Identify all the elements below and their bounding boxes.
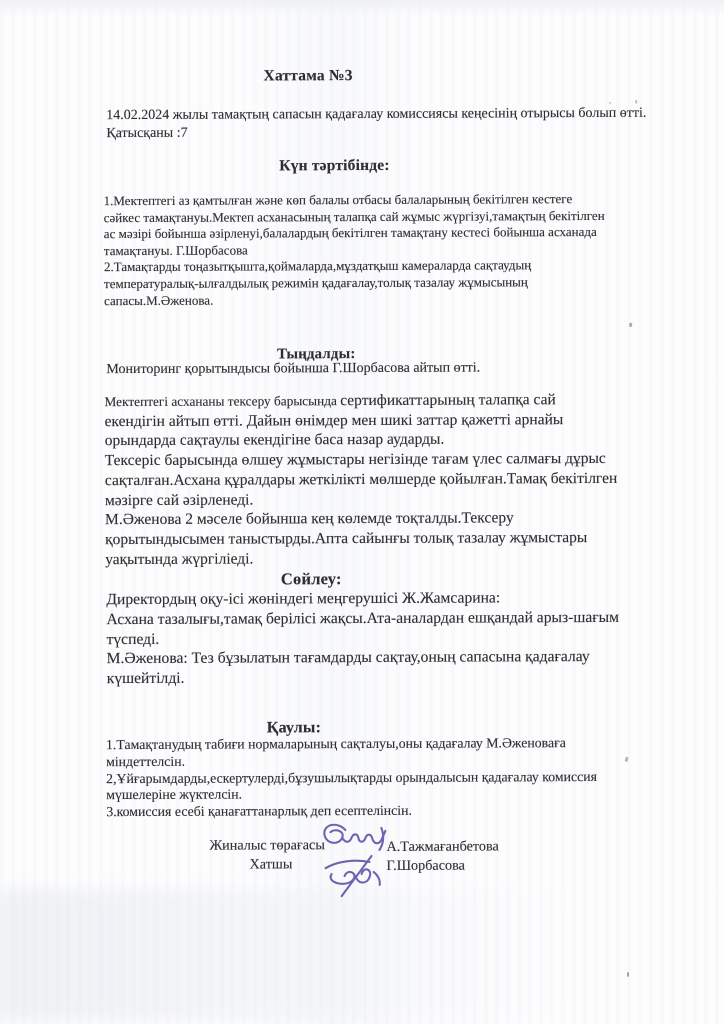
document-title: Хаттама №3 (263, 67, 352, 85)
agenda-line: ас мәзірі бойынша әзірленуі,балалардың б… (104, 224, 605, 243)
agenda-line: сапасы.М.Әженова. (104, 291, 605, 310)
intro-line: 14.02.2024 жылы тамақтың сапасын қадағал… (106, 105, 646, 125)
speech-block: Директордың оқу-ісі жөніндегі меңгерушіс… (106, 588, 619, 689)
heard-line: орындарда сақтаулы екендігіне баса назар… (105, 429, 617, 451)
resolution-line: 1.Тамақтанудың табиғи нормаларының сақта… (106, 735, 597, 754)
attendees-line: Қатысқаны :7 (106, 122, 646, 142)
heard-line-rest-run: сертификаттарының талапқа сай (340, 391, 556, 409)
chairperson-role-label: Жиналыс төрағасы (209, 837, 324, 855)
heard-line: сақталған.Асхана құралдары жеткілікті мө… (105, 469, 617, 491)
heard-line: уақытында жүргіліеді. (105, 548, 617, 570)
scanned-protocol-page: Хаттама №3 14.02.2024 жылы тамақтың сапа… (0, 0, 724, 1024)
agenda-block: 1.Мектептегі аз қамтылған және көп балал… (104, 191, 605, 309)
speech-line: Асхана тазалығы,тамақ берілісі жақсы.Ата… (106, 608, 619, 630)
speech-heading: Сөйлеу: (281, 569, 342, 589)
speech-line: күшейтілді. (107, 667, 620, 689)
scan-speck (629, 323, 632, 327)
heard-line: М.Әженова 2 мәселе бойынша кең көлемде т… (105, 508, 617, 530)
heard-line: қорытындысымен таныстырды.Апта сайынғы т… (105, 528, 617, 550)
resolution-line: мүшелеріне жүктелсін. (106, 785, 597, 804)
heard-line: екендігін айтып өтті. Дайын өнімдер мен … (105, 410, 617, 432)
resolution-block: 1.Тамақтанудың табиғи нормаларының сақта… (106, 735, 597, 821)
scan-speck (609, 102, 611, 104)
heard-intro-line: Мониторинг қорытындысы бойынша Г.Шорбасо… (106, 360, 480, 378)
heard-line-mixed: Мектептегі асхананы тексеру барысында се… (104, 390, 616, 412)
speech-line: Директордың оқу-ісі жөніндегі меңгерушіс… (106, 588, 619, 610)
resolution-heading: Қаулы: (267, 719, 321, 737)
handwritten-signatures-ink (315, 822, 405, 900)
heard-line: мәзірге сай әзірленеді. (105, 488, 617, 510)
intro-block: 14.02.2024 жылы тамақтың сапасын қадағал… (106, 105, 646, 143)
agenda-heading: Күн тәртібінде: (279, 157, 390, 175)
scan-speck (635, 100, 637, 104)
heard-paragraph: Мектептегі асхананы тексеру барысында се… (104, 390, 617, 570)
agenda-line: 1.Мектептегі аз қамтылған және көп балал… (104, 191, 605, 210)
speech-line: М.Әженова: Тез бұзылатын тағамдарды сақт… (107, 647, 620, 669)
scan-speck (627, 972, 629, 977)
secretary-role-label: Хатшы (250, 856, 293, 873)
resolution-line: міндеттелсін. (106, 752, 597, 771)
document-content: Хаттама №3 14.02.2024 жылы тамақтың сапа… (0, 0, 724, 1024)
heard-line: Тексеріс барысында өлшеу жұмыстары негіз… (105, 449, 617, 471)
heard-line-small-run: Мектептегі асхананы тексеру барысында (104, 393, 340, 409)
scan-speck (624, 757, 628, 763)
resolution-line: 3.комиссия есебі қанағаттанарлық деп есе… (106, 802, 597, 821)
agenda-line: 2.Тамақтарды тоңазытқышта,қоймаларда,мұз… (104, 257, 605, 276)
speech-line: түспеді. (107, 627, 620, 649)
resolution-line: 2,Ұйғарымдарды,ескертулерді,бұзушылықтар… (106, 769, 597, 788)
